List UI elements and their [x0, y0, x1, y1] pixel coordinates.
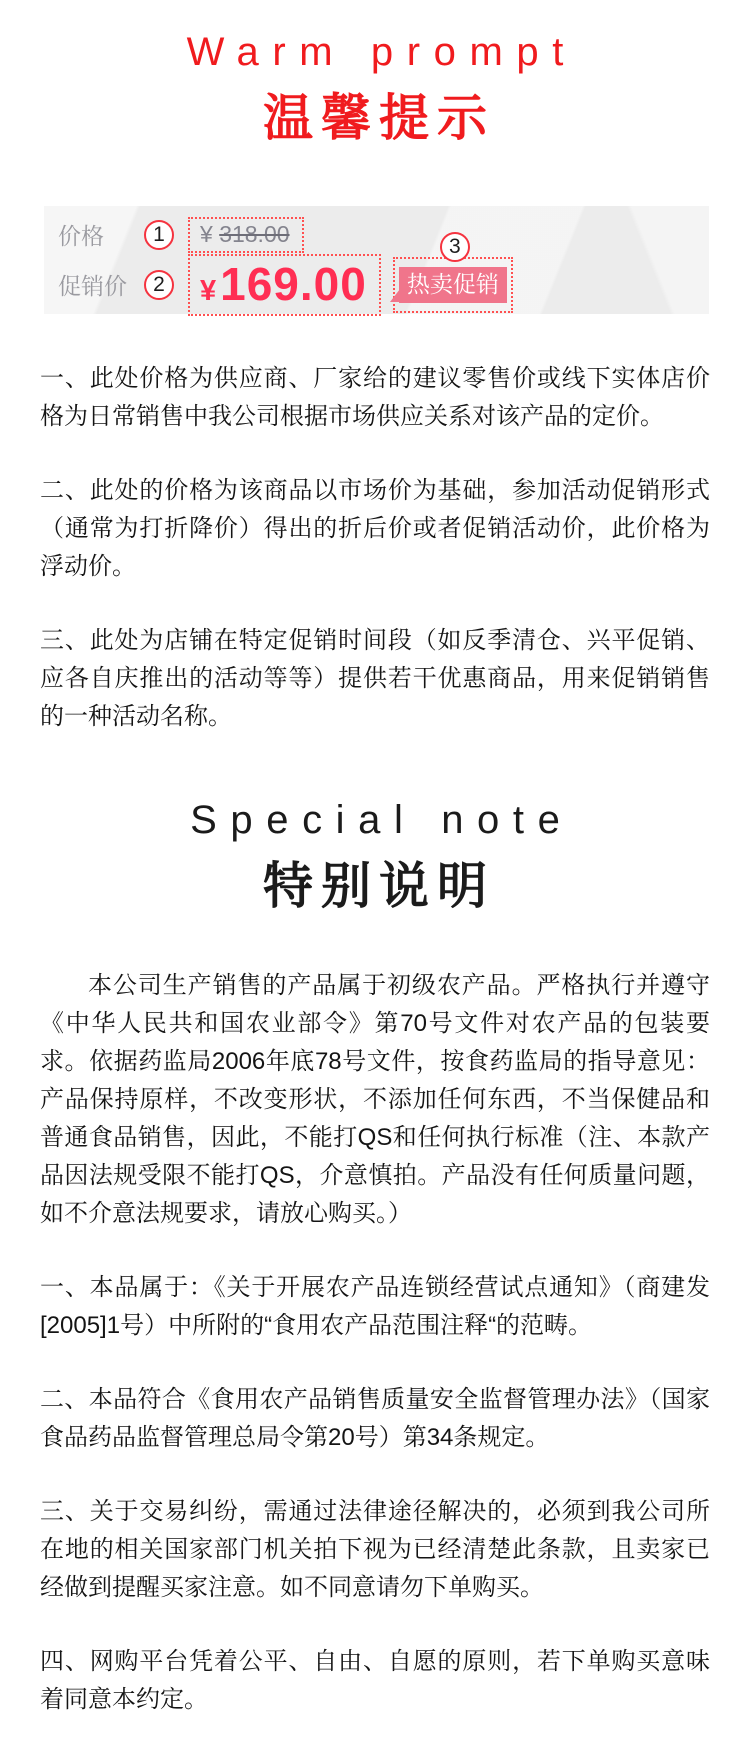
product-notice-page: Warm prompt 温馨提示 价格 1 ¥ 318.00 促销价 2 ¥ 1…: [0, 0, 750, 1719]
promo-price-currency: ¥: [200, 275, 216, 308]
warm-note-2: 二、此处的价格为该商品以市场价为基础，参加活动促销形式（通常为打折降价）得出的折…: [40, 472, 710, 586]
price-label: 价格: [58, 218, 144, 251]
warm-note-3: 三、此处为店铺在特定促销时间段（如反季清仓、兴平促销、应各自庆推出的活动等等）提…: [40, 622, 710, 736]
original-price-currency: ¥: [200, 221, 213, 247]
special-note-header: Special note 特别说明: [0, 798, 750, 916]
warm-prompt-title-en: Warm prompt: [0, 30, 750, 74]
original-price-annotation-box: ¥ 318.00: [188, 217, 304, 253]
promo-price-annotation-box: ¥ 169.00: [188, 254, 381, 316]
warm-prompt-header: Warm prompt 温馨提示: [0, 30, 750, 148]
promo-price-row: 促销价 2 ¥ 169.00 3 热卖促销: [58, 256, 695, 314]
hot-sale-promo-badge: 热卖促销: [399, 267, 507, 303]
warm-prompt-title-zh: 温馨提示: [0, 90, 750, 148]
promo-badge-annotation-box: 3 热卖促销: [393, 257, 513, 313]
promo-price-amount: 169.00: [220, 257, 367, 311]
special-note-paragraphs: 本公司生产销售的产品属于初级农产品。严格执行并遵守《中华人民共和国农业部令》第7…: [0, 967, 750, 1719]
warm-prompt-notes: 一、此处价格为供应商、厂家给的建议零售价或线下实体店价格为日常销售中我公司根据市…: [0, 360, 750, 736]
circle-marker-1-icon: 1: [144, 220, 174, 250]
special-note-4: 四、网购平台凭着公平、自由、自愿的原则，若下单购买意味着同意本约定。: [40, 1643, 710, 1719]
original-price-row: 价格 1 ¥ 318.00: [58, 216, 695, 254]
promo-price-label: 促销价: [58, 268, 144, 301]
special-note-intro: 本公司生产销售的产品属于初级农产品。严格执行并遵守《中华人民共和国农业部令》第7…: [40, 967, 710, 1233]
price-screenshot-panel: 价格 1 ¥ 318.00 促销价 2 ¥ 169.00 3 热卖促销: [44, 206, 709, 314]
original-price-amount: 318.00: [219, 221, 289, 247]
warm-note-1: 一、此处价格为供应商、厂家给的建议零售价或线下实体店价格为日常销售中我公司根据市…: [40, 360, 710, 436]
special-note-2: 二、本品符合《食用农产品销售质量安全监督管理办法》（国家食品药品监督管理总局令第…: [40, 1381, 710, 1457]
special-note-title-zh: 特别说明: [0, 858, 750, 916]
special-note-3: 三、关于交易纠纷，需通过法律途径解决的，必须到我公司所在地的相关国家部门机关拍下…: [40, 1493, 710, 1607]
circle-marker-3-icon: 3: [440, 232, 470, 262]
circle-marker-2-icon: 2: [144, 270, 174, 300]
special-note-1: 一、本品属于：《关于开展农产品连锁经营试点通知》（商建发[2005]1号）中所附…: [40, 1269, 710, 1345]
special-note-title-en: Special note: [0, 798, 750, 842]
original-price-value: ¥ 318.00: [200, 221, 290, 248]
